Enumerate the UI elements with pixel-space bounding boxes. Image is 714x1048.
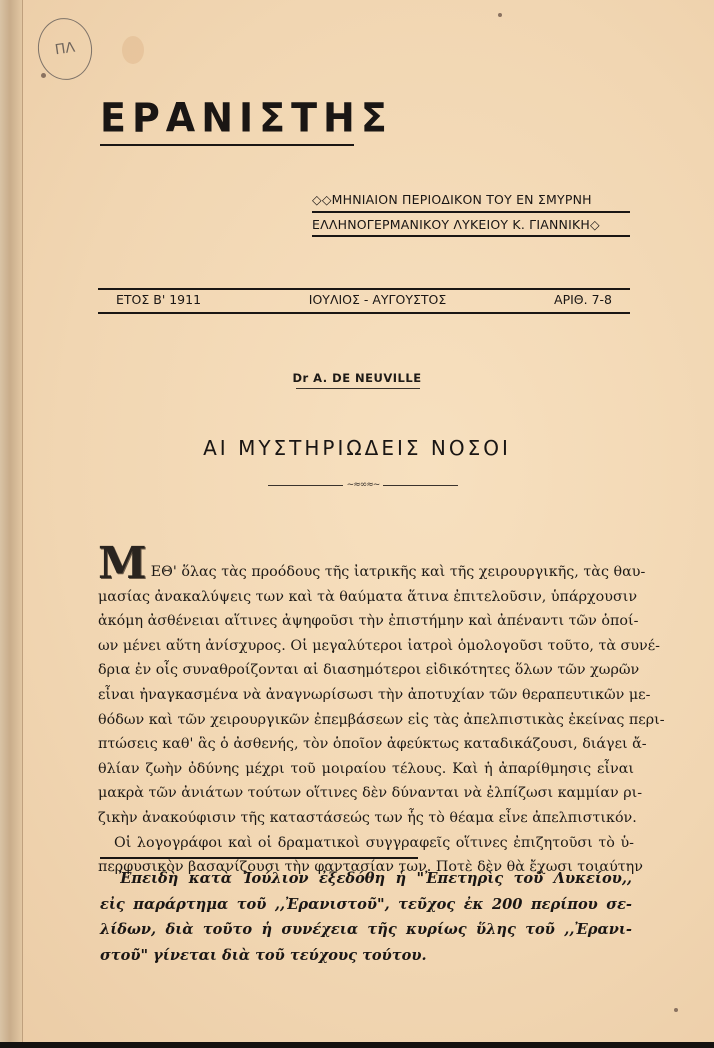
- paper-speck: [41, 73, 46, 78]
- masthead-subtitle-line1: ◇◇ΜΗΝΙΑΙΟΝ ΠΕΡΙΟΔΙΚΟΝ ΤΟΥ ΕΝ ΣΜΥΡΝΗ: [312, 192, 630, 207]
- ornament-flourish: ~≈∞≈~: [343, 480, 384, 490]
- subtitle-rule: [312, 211, 630, 213]
- article-title: ΑΙ ΜΥΣΤΗΡΙΩΔΕΙΣ ΝΟΣΟΙ: [0, 436, 714, 460]
- paper-stain: [122, 36, 144, 64]
- text-line: θλίαν ζωὴν ὀδύνης μέχρι τοῦ μοιραίου τέλ…: [98, 757, 634, 782]
- title-ornament: ~≈∞≈~: [268, 480, 458, 490]
- paragraph-1: Μ ΕΘ' ὅλας τὰς προόδους τῆς ἰατρικῆς καὶ…: [98, 560, 634, 831]
- editorial-footnote: Ἐπειδὴ κατὰ Ἰούλιον ἐξεδόθη ἡ "Ἐπετηρὶς …: [118, 866, 632, 968]
- text-line: ἀκόμη ἀσθένειαι αἵτινες ἀψηφοῦσι τὴν ἐπι…: [98, 609, 634, 634]
- subtitle-rule: [312, 235, 630, 237]
- text-line: μασίας ἀνακαλύψεις των καὶ τὰ θαύματα ἅτ…: [98, 585, 634, 610]
- issue-number: ΑΡΙΘ. 7-8: [554, 292, 612, 307]
- issue-info-row: ΕΤΟΣ Β' 1911 ΙΟΥΛΙΟΣ - ΑΥΓΟΥΣΤΟΣ ΑΡΙΘ. 7…: [98, 292, 630, 307]
- issue-months: ΙΟΥΛΙΟΣ - ΑΥΓΟΥΣΤΟΣ: [309, 292, 447, 307]
- scan-bottom-edge: [0, 1042, 714, 1048]
- footnote-line: εἰς παράρτημα τοῦ ,,Ἐρανιστοῦ", τεῦχος ἐ…: [100, 892, 632, 918]
- masthead-rule: [100, 144, 354, 146]
- article-author: Dr A. DE NEUVILLE: [0, 371, 714, 385]
- text-line: εἶναι ἠναγκασμένα νὰ ἀναγνωρίσωσι τὴν ἀπ…: [98, 683, 634, 708]
- issue-rule-bottom: [98, 312, 630, 314]
- masthead-title: ΕΡΑΝΙΣΤΗΣ: [100, 95, 393, 141]
- text-line: μακρὰ τῶν ἀνιάτων τούτων οἵτινες δὲν δύν…: [98, 781, 634, 806]
- footnote-line: Ἐπειδὴ κατὰ Ἰούλιον ἐξεδόθη ἡ "Ἐπετηρὶς …: [118, 866, 632, 892]
- footnote-line: στοῦ" γίνεται διὰ τοῦ τεύχους τούτου.: [100, 943, 632, 969]
- binding-spine: [0, 0, 23, 1042]
- paper-speck: [498, 13, 502, 17]
- ornament-line: [383, 485, 458, 486]
- text-line: ων μένει αὕτη ἀνίσχυρος. Οἱ μεγαλύτεροι …: [98, 634, 634, 659]
- paper-speck: [674, 1008, 678, 1012]
- issue-year: ΕΤΟΣ Β' 1911: [116, 292, 201, 307]
- ornament-line: [268, 485, 343, 486]
- text-line: ζικὴν ἀνακούφισιν τῆς καταστάσεώς των ἧς…: [98, 806, 634, 831]
- text-line: πτώσεις καθ' ἃς ὁ ἀσθενής, τὸν ὁποῖον ἀφ…: [98, 732, 634, 757]
- text-line: Οἱ λογογράφοι καὶ οἱ δραματικοὶ συγγραφε…: [98, 831, 634, 856]
- footnote-line: λίδων, διὰ τοῦτο ἡ συνέχεια τῆς κυρίως ὕ…: [100, 917, 632, 943]
- author-rule: [296, 388, 420, 389]
- issue-rule-top: [98, 288, 630, 290]
- drop-cap: Μ: [98, 544, 147, 584]
- text-line: θόδων καὶ τῶν χειρουργικῶν ἐπεμβάσεων εἰ…: [98, 708, 634, 733]
- scanned-page: ΠΛ ΕΡΑΝΙΣΤΗΣ ◇◇ΜΗΝΙΑΙΟΝ ΠΕΡΙΟΔΙΚΟΝ ΤΟΥ Ε…: [0, 0, 714, 1042]
- text-line: ΕΘ' ὅλας τὰς προόδους τῆς ἰατρικῆς καὶ τ…: [98, 560, 634, 585]
- stamp-text: ΠΛ: [54, 40, 76, 59]
- text-line: δρια ἐν οἷς συναθροίζονται αἱ διασημότερ…: [98, 658, 634, 683]
- masthead-subtitle-line2: ΕΛΛΗΝΟΓΕΡΜΑΝΙΚΟΥ ΛΥΚΕΙΟΥ Κ. ΓΙΑΝΝΙΚΗ◇: [312, 217, 630, 232]
- footnote-rule: [100, 857, 418, 859]
- article-body: Μ ΕΘ' ὅλας τὰς προόδους τῆς ἰατρικῆς καὶ…: [98, 560, 634, 880]
